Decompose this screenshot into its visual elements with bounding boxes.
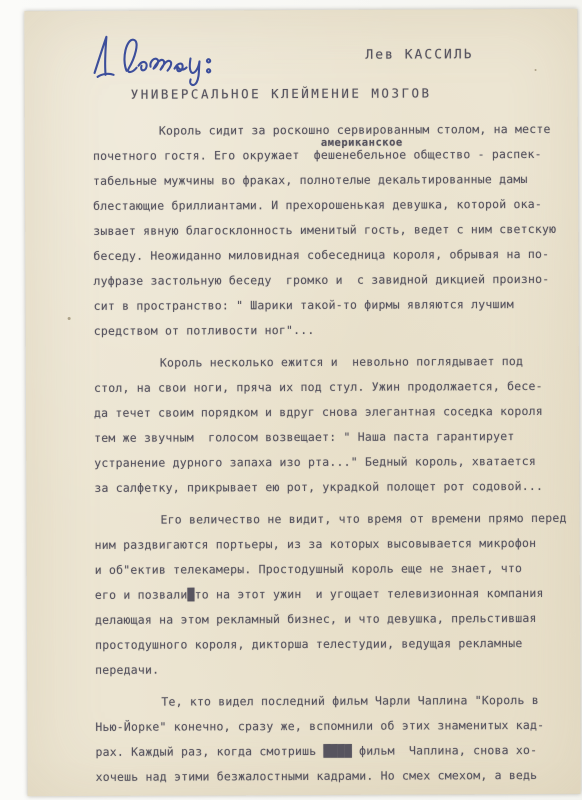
typed-line: Король несколько ежится и невольно погля…: [94, 349, 535, 376]
typed-line: зывает явную благосклонность именитый го…: [93, 217, 534, 244]
typed-line: хочешь над этими безжалостными кадрами. …: [96, 763, 537, 790]
typed-line: стол, на свои ноги, пряча их под стул. У…: [94, 374, 535, 401]
typed-line: табельные мужчины во фраках, полнотелые …: [93, 167, 534, 194]
typed-line: блестающие бриллиантами. И прехорошенька…: [93, 192, 534, 219]
typed-line: тем же звучным голосом возвещает: " Наша…: [94, 424, 535, 451]
handwriting-ink-icon: [86, 28, 256, 89]
typed-line: да течет своим порядком и вдруг снова эл…: [94, 399, 535, 426]
paragraph: Те, кто видел последний фильм Чарли Чапл…: [95, 688, 536, 790]
typed-line: передачи.: [95, 656, 536, 683]
typed-line: Те, кто видел последний фильм Чарли Чапл…: [95, 688, 536, 715]
paragraph: Его величество не видит, что время от вр…: [94, 506, 536, 683]
author-byline: Лев КАССИЛЬ: [365, 47, 473, 62]
typed-line: Нью-Йорке" конечно, сразу же, вспомнили …: [95, 713, 536, 740]
typed-line: устранение дурного запаха изо рта..." Бе…: [94, 449, 535, 476]
typed-line: Его величество не видит, что время от вр…: [94, 506, 535, 533]
manuscript-page: Лев КАССИЛЬ УНИВЕРСАЛЬНОЕ КЛЕЙМЕНИЕ МОЗГ…: [24, 9, 580, 796]
document-title: УНИВЕРСАЛЬНОЕ КЛЕЙМЕНИЕ МОЗГОВ: [25, 85, 538, 102]
typed-text-block: американское Король сидит за роскошно се…: [93, 117, 537, 797]
typed-line: простодушного короля, дикторша телестуди…: [95, 631, 536, 658]
handwritten-annotation: [86, 28, 256, 89]
typed-line: его и позвали█то на этот ужин и угощает …: [95, 581, 536, 608]
typed-line: почетного гостя. Его окружает фешенебель…: [93, 142, 534, 169]
typed-line: за салфетку, прикрывает ею рот, украдкой…: [94, 474, 535, 501]
paper-speck: [535, 69, 537, 71]
paragraph: Король сидит за роскошно сервированным с…: [93, 117, 535, 344]
typed-line: беседу. Неожиданно миловидная собеседниц…: [93, 242, 534, 269]
paragraph: Король несколько ежится и невольно погля…: [94, 349, 536, 501]
typed-line: ним раздвигаются портьеры, из за которых…: [95, 531, 536, 558]
typed-line: Король сидит за роскошно сервированным с…: [93, 117, 534, 144]
typed-line: сит в пространство: " Шарики такой-то фи…: [94, 292, 535, 319]
inserted-word: американское: [321, 131, 403, 156]
paper-speck: [68, 317, 71, 320]
typed-line: средством от потливости ног"...: [94, 317, 535, 344]
typed-line: и об"ектив телекамеры. Простодушный коро…: [95, 556, 536, 583]
typed-line: луфразе застольную беседу громко и с зав…: [93, 267, 534, 294]
typed-line: делающая на этом рекламный бизнес, и что…: [95, 606, 536, 633]
typed-line: рах. Каждый раз, когда смотришь ████ фил…: [95, 738, 536, 765]
